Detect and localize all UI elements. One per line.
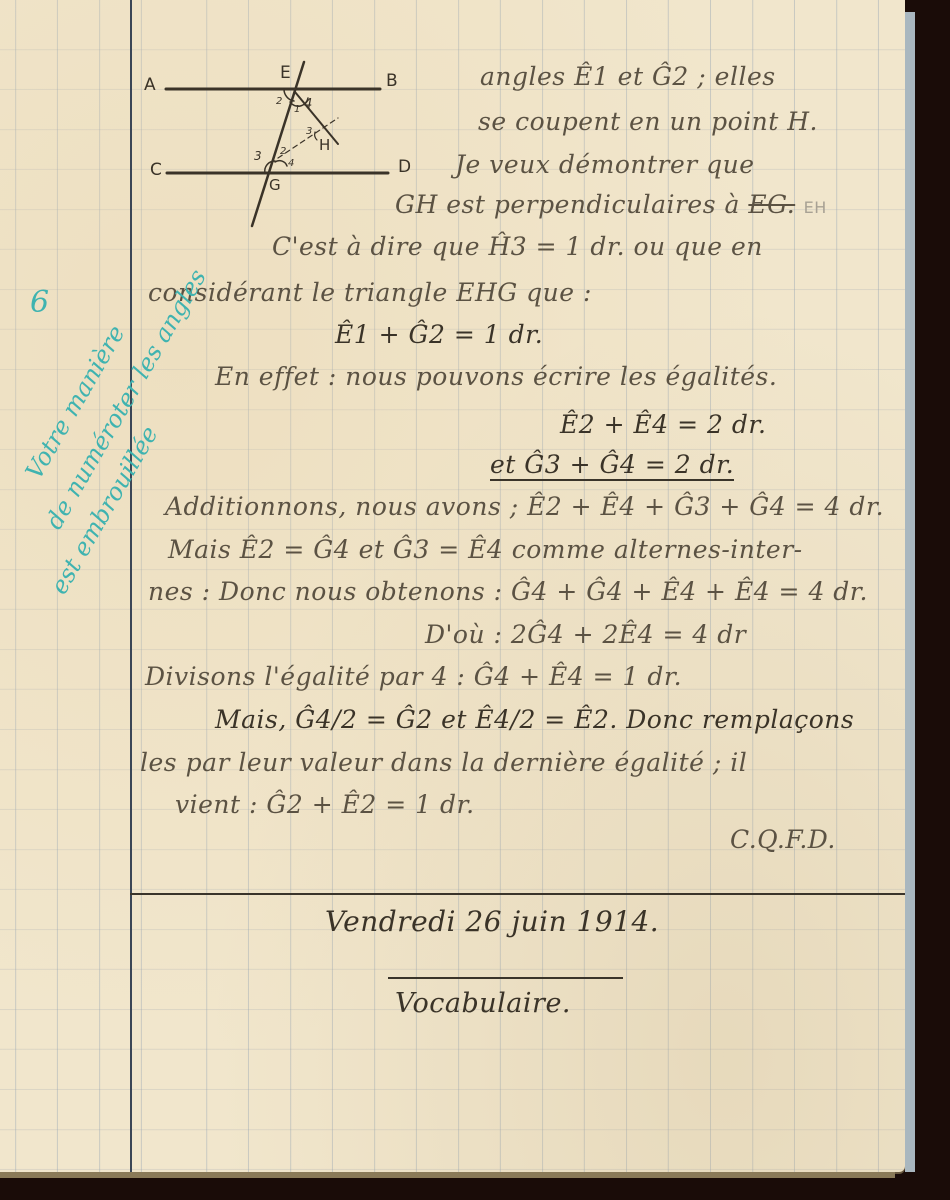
- svg-text:3: 3: [306, 126, 312, 137]
- proof-line-10: et Ĝ3 + Ĝ4 = 2 dr.: [490, 450, 734, 481]
- proof-line-8: En effet : nous pouvons écrire les égali…: [215, 362, 777, 391]
- page-lower-edge: [0, 1172, 895, 1178]
- pencil-correction: EH: [804, 198, 827, 217]
- proof-line-15: Divisons l'égalité par 4 : Ĝ4 + Ê4 = 1 d…: [145, 662, 682, 691]
- proof-line-16: Mais, Ĝ4/2 = Ĝ2 et Ê4/2 = Ê2. Donc rempl…: [215, 705, 854, 734]
- qed-mark: C.Q.F.D.: [730, 825, 836, 854]
- point-label-d: D: [398, 157, 411, 177]
- section-divider: [130, 893, 905, 895]
- svg-text:2: 2: [280, 146, 286, 157]
- proof-line-9: Ê2 + Ê4 = 2 dr.: [560, 410, 767, 439]
- point-label-g: G: [269, 176, 281, 194]
- point-label-b: B: [386, 71, 398, 91]
- struck-text: EG.: [748, 190, 795, 219]
- svg-text:3: 3: [254, 149, 262, 163]
- svg-text:1: 1: [294, 104, 300, 115]
- proof-line-5: C'est à dire que Ĥ3 = 1 dr. ou que en: [272, 232, 763, 261]
- svg-text:4: 4: [304, 97, 312, 112]
- entry-title: Vocabulaire.: [395, 988, 571, 1019]
- proof-line-2: se coupent en un point H.: [478, 107, 818, 136]
- proof-line-3: Je veux démontrer que: [455, 150, 755, 179]
- proof-line-4: GH est perpendiculaires à EG. EH: [395, 190, 827, 219]
- proof-line-18: vient : Ĝ2 + Ê2 = 1 dr.: [175, 790, 475, 819]
- svg-text:4: 4: [288, 158, 294, 169]
- proof-line-7: Ê1 + Ĝ2 = 1 dr.: [335, 320, 543, 349]
- proof-line-6: considérant le triangle EHG que :: [148, 278, 592, 307]
- proof-line-14: D'où : 2Ĝ4 + 2Ê4 = 4 dr: [425, 620, 746, 649]
- point-label-e: E: [280, 63, 291, 83]
- svg-text:2: 2: [276, 96, 282, 107]
- entry-date: Vendredi 26 juin 1914.: [325, 905, 659, 938]
- teacher-grade: 6: [30, 285, 49, 320]
- point-label-h: H: [319, 136, 330, 154]
- proof-line-12: Mais Ê2 = Ĝ4 et Ĝ3 = Ê4 comme alternes-i…: [168, 535, 803, 564]
- page-edge: [905, 12, 915, 1172]
- point-label-c: C: [150, 160, 162, 180]
- point-label-a: A: [144, 75, 156, 95]
- geometry-diagram: A E B C D G H 2 1 4 3 3 2 4: [130, 50, 430, 240]
- proof-line-11: Additionnons, nous avons ; Ê2 + Ê4 + Ĝ3 …: [165, 492, 884, 521]
- proof-line-17: les par leur valeur dans la dernière éga…: [140, 748, 747, 777]
- proof-line-13: nes : Donc nous obtenons : Ĝ4 + Ĝ4 + Ê4 …: [148, 577, 868, 606]
- proof-line-1: angles Ê1 et Ĝ2 ; elles: [480, 62, 776, 91]
- title-rule: [388, 977, 623, 979]
